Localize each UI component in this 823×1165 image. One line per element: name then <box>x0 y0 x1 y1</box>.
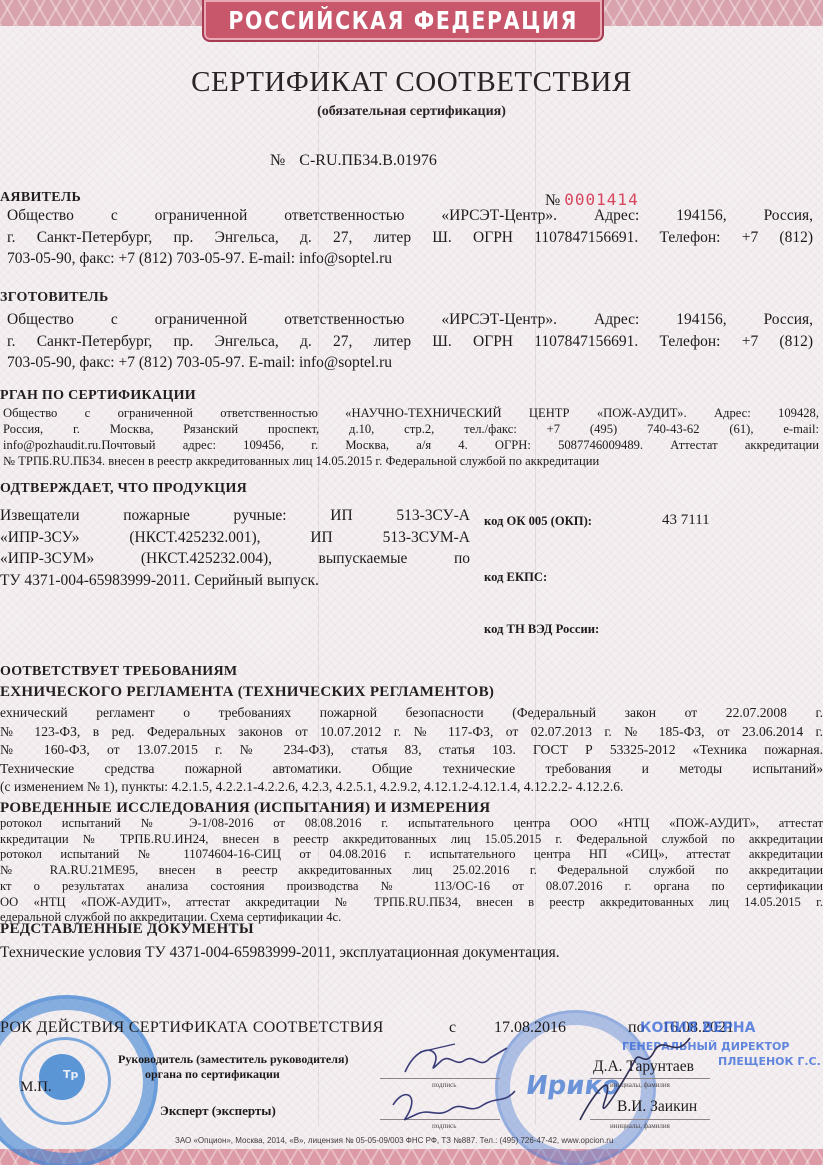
validity-from-label: с <box>449 1019 456 1037</box>
tests-line: ккредитации № ТРПБ.RU.ИН24, внесен в рее… <box>0 832 823 848</box>
manufacturer-line: Общество с ограниченной ответственностью… <box>7 309 813 331</box>
head-label-2: органа по сертификации <box>145 1067 280 1082</box>
validity-from-date: 17.08.2016 <box>494 1019 566 1037</box>
expert-label: Эксперт (эксперты) <box>160 1103 276 1119</box>
country-name: РОССИЙСКАЯ ФЕДЕРАЦИЯ <box>228 6 578 35</box>
product-heading: ОДТВЕРЖДАЕТ, ЧТО ПРОДУКЦИЯ <box>0 481 247 497</box>
expert-signature <box>385 1085 525 1130</box>
requirements-line: № 123-ФЗ, в ред. Федеральных законов от … <box>0 723 823 742</box>
certificate-number: №C-RU.ПБ34.В.01976 <box>270 152 437 170</box>
manufacturer-heading: ЗГОТОВИТЕЛЬ <box>0 290 109 306</box>
cert-body-line: Общество с ограниченной ответственностью… <box>3 405 819 421</box>
cert-body-line: № ТРПБ.RU.ПБ34. внесен в реестр аккредит… <box>3 453 819 469</box>
cert-body-line: info@pozhaudit.ru.Почтовый адрес: 109456… <box>3 437 819 453</box>
cert-body-details: Общество с ограниченной ответственностью… <box>3 405 819 469</box>
requirements-line: (с изменением № 1), пункты: 4.2.1.5, 4.2… <box>0 778 823 797</box>
product-line: «ИПР-3СУМ» (НКСТ.425232.004), выпускаемы… <box>0 548 470 570</box>
tests-line: ОО «НТЦ «ПОЖ-АУДИТ», аттестат аккредитац… <box>0 895 823 911</box>
manufacturer-line: 703-05-90, факс: +7 (812) 703-05-97. E-m… <box>7 352 813 374</box>
validity-heading: РОК ДЕЙСТВИЯ СЕРТИФИКАТА СООТВЕТСТВИЯ <box>0 1019 384 1037</box>
head-signature <box>395 1040 515 1090</box>
head-label: Руководитель (заместитель руководителя) <box>118 1052 348 1067</box>
tests-line: кт о результатах анализа состояния произ… <box>0 879 823 895</box>
code-okp-label: код ОК 005 (ОКП): <box>484 514 592 529</box>
print-info: ЗАО «Опцион», Москва, 2014, «В», лицензи… <box>175 1136 613 1145</box>
bottom-guilloche-border <box>0 1149 823 1165</box>
tests-details: ротокол испытаний № Э-1/08-2016 от 08.08… <box>0 816 823 926</box>
requirements-line: Технические средства пожарной автоматики… <box>0 760 823 779</box>
cert-body-line: Россия, г. Москва, Рязанский проспект, д… <box>3 421 819 437</box>
product-line: ТУ 4371-004-65983999-2011. Серийный выпу… <box>0 570 470 592</box>
copy-signature <box>575 1030 695 1130</box>
product-description: Извещатели пожарные ручные: ИП 513-3СУ-А… <box>0 505 470 591</box>
document-subtitle: (обязательная сертификация) <box>0 104 823 120</box>
manufacturer-line: г. Санкт-Петербург, пр. Энгельса, д. 27,… <box>7 331 813 353</box>
documents-text: Технические условия ТУ 4371-004-65983999… <box>0 944 560 962</box>
certificate-number-value: C-RU.ПБ34.В.01976 <box>299 152 437 169</box>
tests-line: ротокол испытаний № 11074604-16-СИЦ от 0… <box>0 847 823 863</box>
code-ekps-label: код ЕКПС: <box>484 570 547 585</box>
code-tnved-label: код ТН ВЭД России: <box>484 622 599 637</box>
cert-body-heading: РГАН ПО СЕРТИФИКАЦИИ <box>0 388 196 404</box>
applicant-heading: АЯВИТЕЛЬ <box>0 190 81 206</box>
number-symbol: № <box>270 152 285 169</box>
manufacturer-details: Общество с ограниченной ответственностью… <box>7 309 813 374</box>
tests-line: № RA.RU.21МЕ95, внесен в реестр аккредит… <box>0 863 823 879</box>
document-title: СЕРТИФИКАТ СООТВЕТСТВИЯ <box>0 66 823 99</box>
requirements-line: ехнический регламент о требованиях пожар… <box>0 704 823 723</box>
code-okp-value: 43 7111 <box>662 512 710 529</box>
applicant-line: Общество с ограниченной ответственностью… <box>7 205 813 227</box>
applicant-line: 703-05-90, факс: +7 (812) 703-05-97. E-m… <box>7 248 813 270</box>
applicant-line: г. Санкт-Петербург, пр. Энгельса, д. 27,… <box>7 227 813 249</box>
requirements-details: ехнический регламент о требованиях пожар… <box>0 704 823 797</box>
seal-label: М.П. <box>20 1079 52 1096</box>
requirements-heading-1: ООТВЕТСТВУЕТ ТРЕБОВАНИЯМ <box>0 664 237 680</box>
requirements-line: № 160-ФЗ, от 13.07.2015 г. № 234-ФЗ), ст… <box>0 741 823 760</box>
tests-heading: РОВЕДЕННЫЕ ИССЛЕДОВАНИЯ (ИСПЫТАНИЯ) И ИЗ… <box>0 800 490 817</box>
product-line: Извещатели пожарные ручные: ИП 513-3СУ-А <box>0 505 470 527</box>
copy-stamp-line-3: ПЛЕЩЕНОК Г.С. <box>718 1055 821 1068</box>
requirements-heading-2: ЕХНИЧЕСКОГО РЕГЛАМЕНТА (ТЕХНИЧЕСКИХ РЕГЛ… <box>0 684 494 701</box>
product-line: «ИПР-3СУ» (НКСТ.425232.001), ИП 513-3СУМ… <box>0 527 470 549</box>
tests-line: ротокол испытаний № Э-1/08-2016 от 08.08… <box>0 816 823 832</box>
documents-heading: РЕДСТАВЛЕННЫЕ ДОКУМЕНТЫ <box>0 921 254 938</box>
applicant-details: Общество с ограниченной ответственностью… <box>7 205 813 270</box>
country-banner: РОССИЙСКАЯ ФЕДЕРАЦИЯ <box>202 0 604 42</box>
